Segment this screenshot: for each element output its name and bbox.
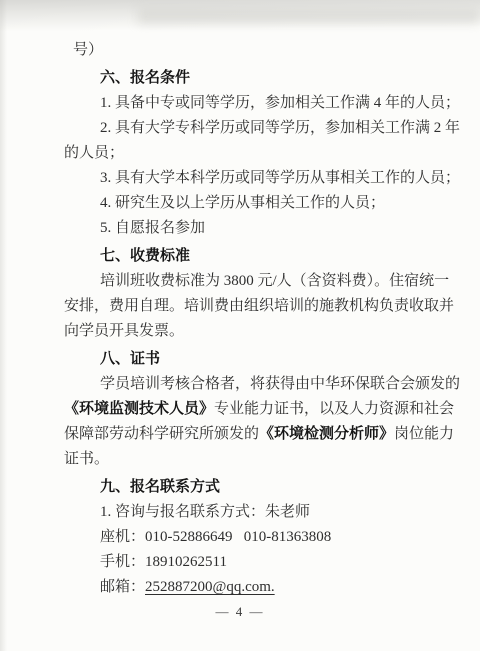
fee-paragraph-line-2: 安排，费用自理。培训费由组织培训的施教机构负责收取并: [64, 294, 432, 319]
certificate-text-segment: 保障部劳动科学研究所颁发的: [64, 426, 259, 442]
certificate-text-segment: 岗位能力: [394, 426, 454, 442]
scan-edge-left: [0, 0, 7, 651]
certificate-title-environmental-testing-analyst: 《环境检测分析师》: [259, 426, 394, 442]
certificate-text-segment: 学员培训考核合格者，将获得由中华环保联合会颁发的: [100, 376, 460, 392]
scanned-document-page: 号） 六、报名条件 1. 具备中专或同等学历，参加相关工作满 4 年的人员； 2…: [0, 0, 480, 651]
document-content: 号） 六、报名条件 1. 具备中专或同等学历，参加相关工作满 4 年的人员； 2…: [64, 38, 432, 600]
section-heading-contact: 九、报名联系方式: [64, 475, 432, 500]
list-item-condition-1: 1. 具备中专或同等学历，参加相关工作满 4 年的人员；: [64, 91, 432, 116]
certificate-paragraph-line-1: 学员培训考核合格者，将获得由中华环保联合会颁发的: [64, 372, 432, 397]
list-item-condition-5: 5. 自愿报名参加: [64, 216, 432, 241]
list-item-condition-2-wrap: 的人员；: [64, 141, 432, 166]
email-label: 邮箱：: [100, 579, 145, 595]
page-number: — 4 —: [0, 604, 480, 620]
certificate-text-segment: 专业能力证书，以及人力资源和社会: [214, 401, 454, 417]
contact-landline-numbers: 座机：010-52886649 010-81363808: [64, 525, 432, 550]
section-heading-registration-conditions: 六、报名条件: [64, 66, 432, 91]
contact-person-line: 1. 咨询与报名联系方式：朱老师: [64, 500, 432, 525]
fee-paragraph-line-1: 培训班收费标准为 3800 元/人（含资料费）。住宿统一: [64, 269, 432, 294]
contact-email-line: 邮箱：252887200@qq.com.: [64, 575, 432, 600]
email-address: 252887200@qq.com.: [145, 579, 275, 595]
scan-shadow-streak: [138, 9, 480, 24]
section-heading-certificate: 八、证书: [64, 347, 432, 372]
certificate-text-segment: 证书。: [64, 451, 109, 467]
fee-paragraph-line-3: 向学员开具发票。: [64, 319, 432, 344]
certificate-paragraph-line-2: 《环境监测技术人员》专业能力证书，以及人力资源和社会: [64, 397, 432, 422]
paragraph-continuation: 号）: [64, 38, 432, 63]
list-item-condition-2: 2. 具有大学专科学历或同等学历，参加相关工作满 2 年: [64, 116, 432, 141]
section-heading-fee-standard: 七、收费标准: [64, 244, 432, 269]
certificate-title-environmental-monitoring: 《环境监测技术人员》: [64, 401, 214, 417]
list-item-condition-3: 3. 具有大学本科学历或同等学历从事相关工作的人员；: [64, 166, 432, 191]
list-item-condition-4: 4. 研究生及以上学历从事相关工作的人员；: [64, 191, 432, 216]
certificate-paragraph-line-3: 保障部劳动科学研究所颁发的《环境检测分析师》岗位能力: [64, 422, 432, 447]
contact-mobile-number: 手机：18910262511: [64, 550, 432, 575]
certificate-paragraph-line-4: 证书。: [64, 447, 432, 472]
